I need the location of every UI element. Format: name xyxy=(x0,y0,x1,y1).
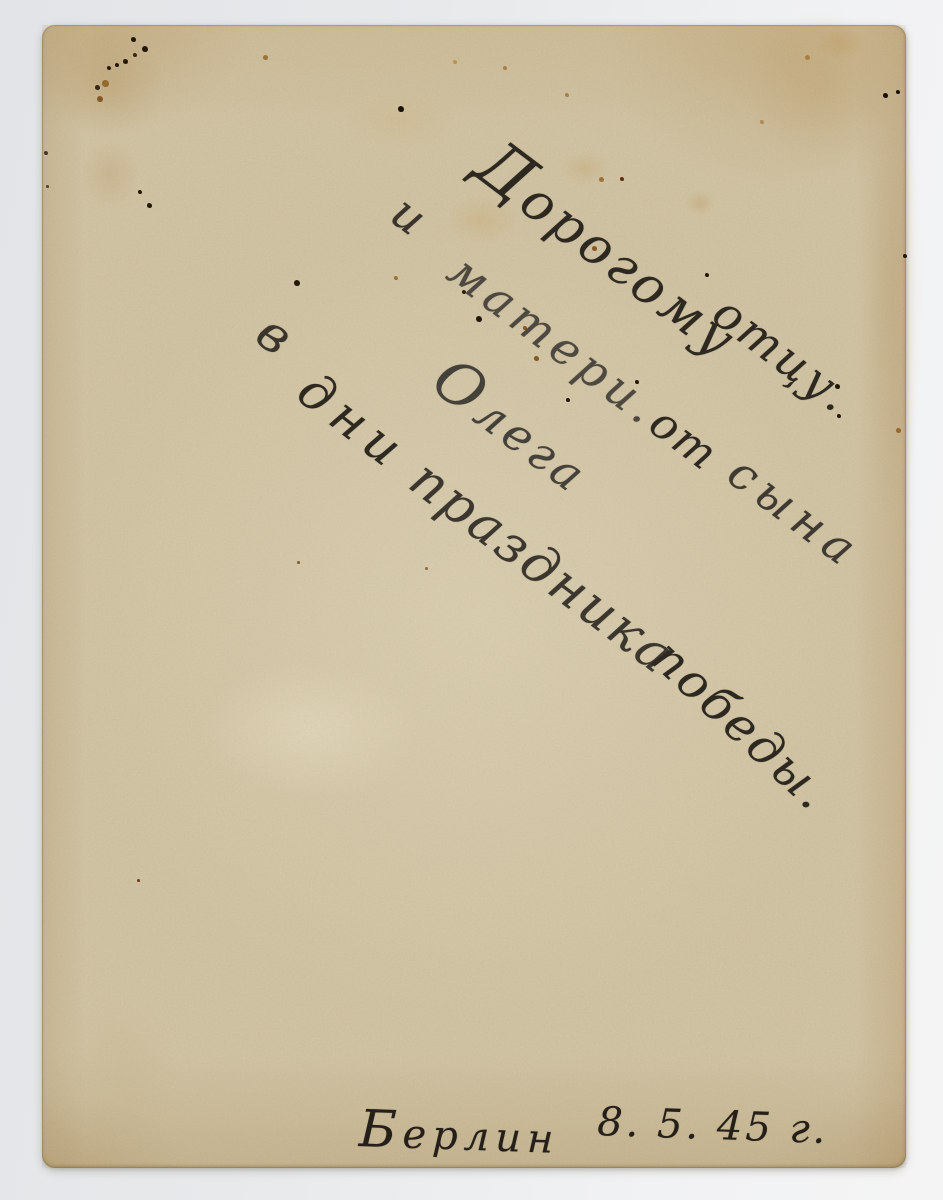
handwriting-word-dni: дни xyxy=(289,364,417,480)
handwriting-word-ottsu: отцу. xyxy=(705,288,860,421)
handwriting-word-v: в xyxy=(248,306,301,363)
scanned-photo-back: Дорогому отцу. и матери. от сына Олега в… xyxy=(0,0,943,1200)
handwritten-inscription: Дорогому отцу. и матери. от сына Олега в… xyxy=(0,0,943,1200)
handwriting-word-pobedy: победы. xyxy=(643,632,839,819)
handwriting-dateline-place: Берлин xyxy=(358,1104,560,1162)
handwriting-word-syna: сына xyxy=(720,448,870,577)
handwriting-word-i: и xyxy=(383,188,434,243)
handwriting-dateline-date: 8. 5. 45 г. xyxy=(597,1102,830,1150)
